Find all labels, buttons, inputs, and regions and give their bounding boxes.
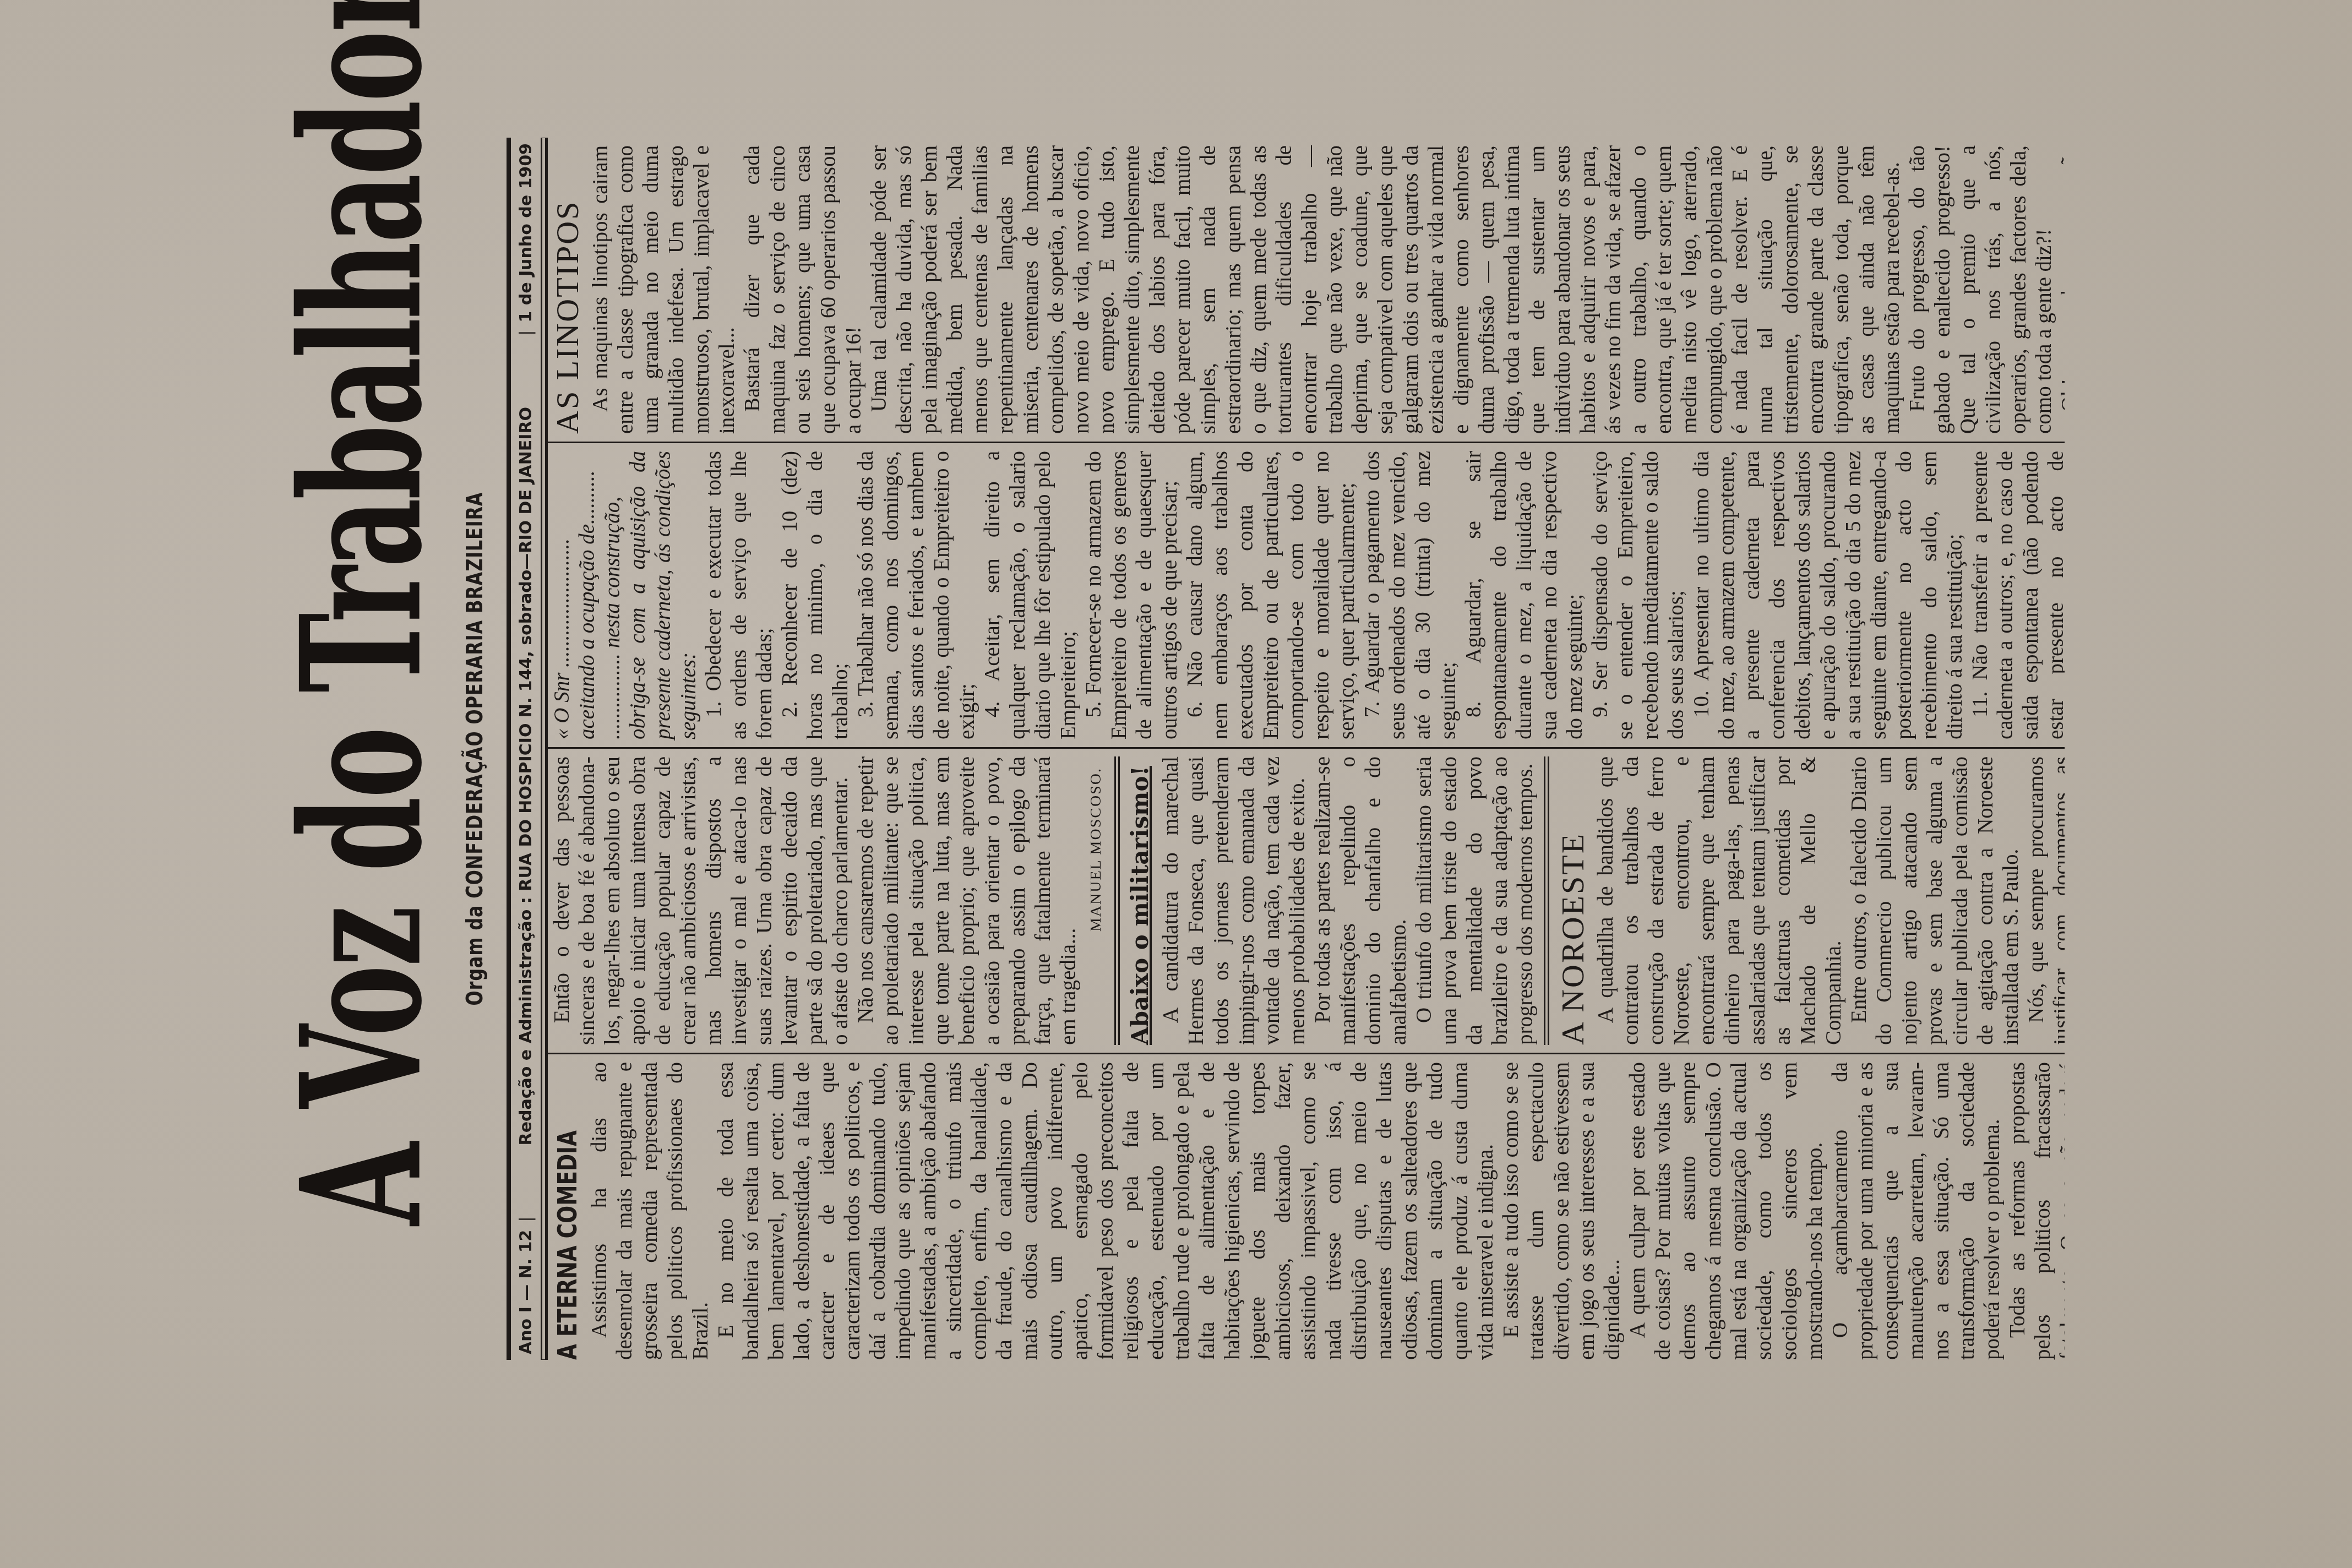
paragraph: Bastará dizer que cada maquina faz o ser… [740, 145, 867, 434]
paragraph: A candidatura do marechal Hermes da Fons… [1158, 756, 1310, 1045]
column-1: A ETERNA COMEDIA Assistimos ha dias ao d… [546, 1054, 2065, 1360]
separator: | [516, 1217, 536, 1222]
regulation-rules: 1. Obedecer e executar todas as ordens d… [701, 451, 2065, 739]
article-title-noroeste: A NOROESTE [1555, 756, 1591, 1045]
paragraph: 2. Reconhecer de 10 (dez) horas no minim… [777, 451, 853, 739]
author-signature: MANUEL MOSCOSO. [1084, 767, 1109, 1045]
column-3: « O Snr ........................aceitand… [546, 443, 2065, 749]
paragraph: 10. Apresentar no ultimo dia do mez, ao … [1689, 451, 1968, 739]
paragraph: 7. Aguardar o pagamento dos seus ordenad… [1360, 451, 1461, 739]
paragraph: aceitando a ocupação de.......... [575, 451, 600, 739]
paragraph: 1. Obedecer e executar todas as ordens d… [701, 451, 777, 739]
article-body-linotipos: As maquinas linotipos cairam entre a cla… [588, 145, 2065, 434]
article-title-militarismo: Abaixo o militarismo! [1125, 756, 1155, 1045]
masthead: A Voz do Trabalhador Orgam da CONFEDERAÇ… [275, 138, 457, 1360]
paragraph: Por todas as partes realizam-se manifest… [1310, 756, 1412, 1045]
paragraph: Uma tal calamidade póde ser descrita, nã… [867, 145, 1905, 434]
paragraph: Não nos cansaremos de repetir ao proleta… [853, 756, 1081, 1045]
separator: | [516, 330, 536, 336]
paragraph: A quadrilha de bandidos que contratou os… [1593, 756, 1847, 1045]
paragraph: 11. Não transferir a presente caderneta … [1968, 451, 2065, 739]
paragraph: 3. Trabalhar não só nos dias da semana, … [853, 451, 980, 739]
paragraph: E assiste a tudo isso como se se tratass… [1499, 1062, 1625, 1360]
paragraph: E no meio de toda essa bandalheira só re… [714, 1062, 1499, 1360]
column-4: AS LINOTIPOS As maquinas linotipos caira… [546, 138, 2065, 443]
paragraph: Nós, que sempre procuramos justificar co… [2024, 756, 2065, 1045]
article-body-eterna-comedia: Assistimos ha dias ao desenrolar da mais… [587, 1062, 2065, 1360]
paragraph: Então o dever das pessoas sinceras e de … [549, 756, 853, 1045]
article-title-linotipos: AS LINOTIPOS [549, 145, 586, 434]
paragraph: 5. Fornecer-se no armazem do Empreiteiro… [1081, 451, 1183, 739]
article-body-militarismo: A candidatura do marechal Hermes da Fons… [1158, 756, 1538, 1045]
paragraph: Entre outros, o falecido Diario do Comme… [1847, 756, 2024, 1045]
paragraph: ................ nesta construção, [600, 451, 625, 739]
paragraph: « O Snr ........................ [549, 451, 575, 739]
article-columns: A ETERNA COMEDIA Assistimos ha dias ao d… [546, 138, 2065, 1360]
newspaper-page: A Voz do Trabalhador Orgam da CONFEDERAÇ… [275, 138, 2065, 1360]
paragraph: obriga-se com a aquisição da presente ca… [625, 451, 701, 739]
paragraph: Todas as reformas propostas pelos politi… [2005, 1062, 2065, 1360]
paragraph: Oh! mas ponhamos o coração para um lado … [2057, 145, 2065, 434]
divider [1114, 756, 1120, 1045]
paragraph: 8. Aguardar, se sair espontaneamente do … [1461, 451, 1588, 739]
paragraph: 6. Não causar dano algum, nem embaraços … [1183, 451, 1360, 739]
paragraph: O açambarcamento da propriedade por uma … [1828, 1062, 2005, 1360]
issue-info-bar: Ano I — N. 12 | Redação e Administração … [507, 138, 542, 1360]
paragraph: Fruto do progresso, do tão gabado e enal… [1905, 145, 2057, 434]
issue-date: 1 de Junho de 1909 [516, 143, 536, 323]
paragraph: As maquinas linotipos cairam entre a cla… [588, 145, 740, 434]
divider [1544, 756, 1549, 1045]
column-2: Então o dever das pessoas sinceras e de … [546, 749, 2065, 1054]
paragraph: O triunfo do militarismo seria uma prova… [1412, 756, 1538, 1045]
regulation-intro: « O Snr ........................aceitand… [549, 451, 701, 739]
paragraph: A quem culpar por este estado de coisas?… [1625, 1062, 1828, 1360]
article-title-eterna-comedia: A ETERNA COMEDIA [552, 1128, 584, 1360]
newspaper-subtitle: Orgam da CONFEDERAÇÃO OPERARIA BRAZILEIR… [462, 260, 488, 1238]
paragraph: 4. Aceitar, sem direito a qualquer recla… [980, 451, 1081, 739]
article-body-eterna-comedia-cont: Então o dever das pessoas sinceras e de … [549, 756, 1081, 1045]
article-body-noroeste: A quadrilha de bandidos que contratou os… [1593, 756, 2065, 1045]
issue-number: Ano I — N. 12 [516, 1230, 536, 1354]
address: Redação e Administração : RUA DO HOSPICI… [516, 344, 536, 1209]
newspaper-title: A Voz do Trabalhador [275, 272, 447, 1226]
paragraph: Assistimos ha dias ao desenrolar da mais… [587, 1062, 714, 1360]
paragraph: 9. Ser dispensado do serviço se o entend… [1588, 451, 1689, 739]
